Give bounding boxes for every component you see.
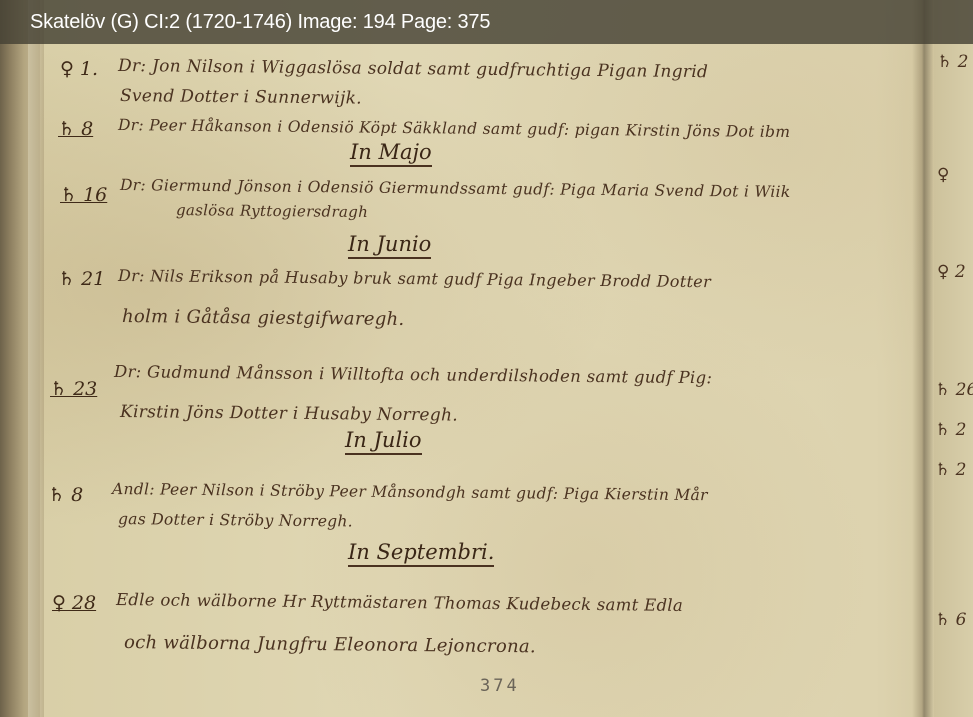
facing-page-date: ♄ 2	[935, 460, 966, 480]
entry-date: ♄ 23	[50, 378, 97, 400]
entry-line: Svend Dotter i Sunnerwijk.	[120, 86, 362, 109]
entry-line: Kirstin Jöns Dotter i Husaby Norregh.	[120, 402, 458, 426]
entry-line: holm i Gåtåsa giestgifwaregh.	[122, 306, 405, 330]
entry-date: ♄ 8	[58, 118, 93, 140]
month-heading: In Junio	[348, 232, 431, 259]
image-title: Skatelöv (G) CI:2 (1720-1746) Image: 194…	[0, 11, 490, 34]
month-heading: In Majo	[350, 140, 432, 167]
facing-page-date: ♀	[937, 165, 949, 185]
page-number-stamp: 374	[480, 676, 520, 696]
entry-line: gaslösa Ryttogiersdragh	[176, 201, 368, 221]
entry-date: ♀ 28	[52, 592, 96, 614]
month-heading: In Septembri.	[348, 540, 494, 567]
entry-line: och wälborna Jungfru Eleonora Lejoncrona…	[124, 632, 536, 657]
entry-date: ♄ 21	[58, 268, 105, 290]
facing-page-date: ♀ 2	[937, 262, 966, 282]
entry-date: ♄ 8	[48, 484, 83, 506]
image-title-bar: Skatelöv (G) CI:2 (1720-1746) Image: 194…	[0, 0, 973, 44]
month-heading: In Julio	[345, 428, 422, 455]
facing-page-date: ♄ 2	[935, 420, 966, 440]
facing-page-date: ♄ 26	[935, 380, 973, 400]
page-fold	[912, 0, 934, 717]
entry-date: ♄ 16	[60, 184, 107, 206]
facing-page-date: ♄ 6	[935, 610, 966, 630]
entry-line: gas Dotter i Ströby Norregh.	[118, 510, 353, 530]
entry-date: ♀ 1.	[60, 58, 98, 80]
binding-edge	[28, 0, 44, 717]
facing-page-date: ♄ 2	[937, 52, 968, 72]
